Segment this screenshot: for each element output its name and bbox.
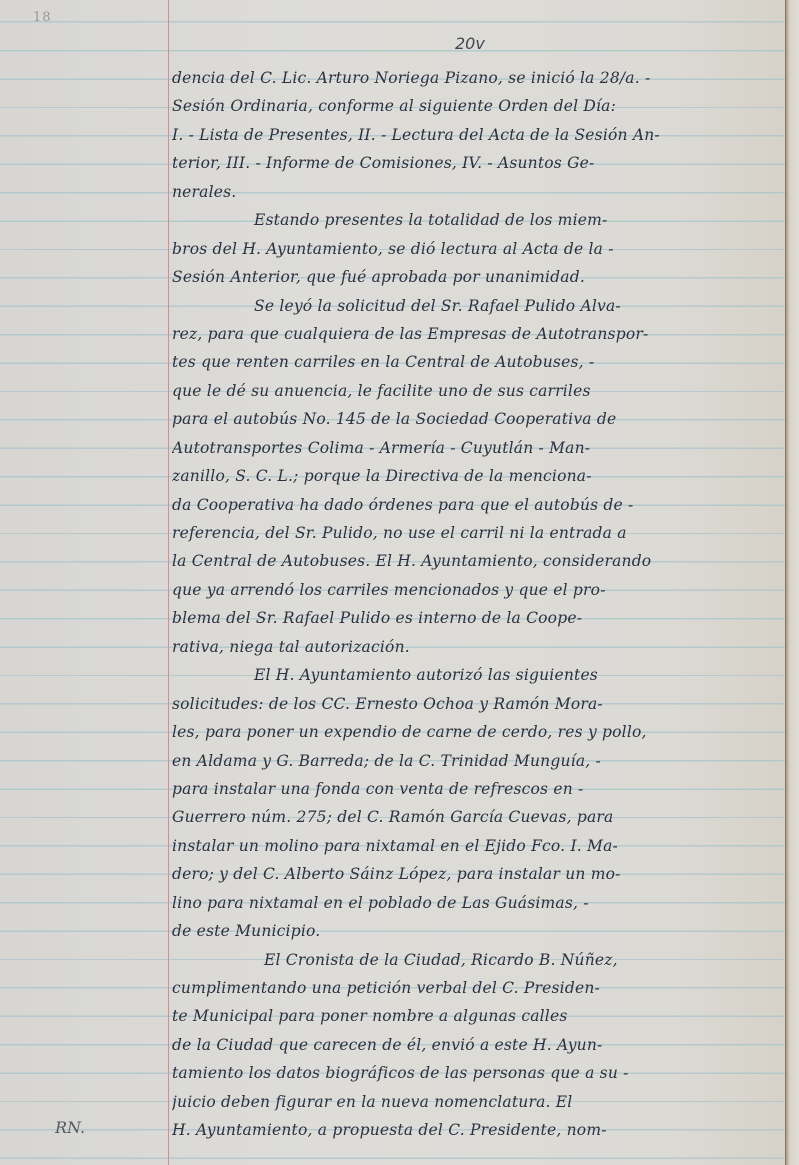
text-line: cumplimentando una petición verbal del C… xyxy=(172,974,784,1002)
text-line: Autotransportes Colima - Armería - Cuyut… xyxy=(172,434,784,462)
paragraph-start-line: Se leyó la solicitud del Sr. Rafael Puli… xyxy=(172,292,784,320)
text-line: blema del Sr. Rafael Pulido es interno d… xyxy=(172,604,784,632)
text-line: instalar un molino para nixtamal en el E… xyxy=(172,832,784,860)
text-line: en Aldama y G. Barreda; de la C. Trinida… xyxy=(172,747,784,775)
text-line: para instalar una fonda con venta de ref… xyxy=(172,775,784,803)
text-line: para el autobús No. 145 de la Sociedad C… xyxy=(172,405,784,433)
margin-initials: RN. xyxy=(55,1118,85,1137)
paragraph-start-line: Estando presentes la totalidad de los mi… xyxy=(172,206,784,234)
corner-folio-number: 18 xyxy=(33,10,52,25)
text-line: les, para poner un expendio de carne de … xyxy=(172,718,784,746)
text-line: dencia del C. Lic. Arturo Noriega Pizano… xyxy=(172,64,784,92)
text-line: Sesión Ordinaria, conforme al siguiente … xyxy=(172,92,784,120)
text-line: que ya arrendó los carriles mencionados … xyxy=(172,576,784,604)
text-line: I. - Lista de Presentes, II. - Lectura d… xyxy=(172,121,784,149)
text-line: tes que renten carriles en la Central de… xyxy=(172,348,784,376)
page-number: 20v xyxy=(455,34,485,53)
handwritten-text-body: dencia del C. Lic. Arturo Noriega Pizano… xyxy=(172,64,784,1145)
page-binding-edge xyxy=(785,0,799,1165)
text-line: terior, III. - Informe de Comisiones, IV… xyxy=(172,149,784,177)
paragraph-start-line: El H. Ayuntamiento autorizó las siguient… xyxy=(172,661,784,689)
text-line: Guerrero núm. 275; del C. Ramón García C… xyxy=(172,803,784,831)
text-line: lino para nixtamal en el poblado de Las … xyxy=(172,889,784,917)
paragraph-start-line: El Cronista de la Ciudad, Ricardo B. Núñ… xyxy=(172,946,784,974)
text-line: referencia, del Sr. Pulido, no use el ca… xyxy=(172,519,784,547)
text-line: te Municipal para poner nombre a algunas… xyxy=(172,1002,784,1030)
text-line: dero; y del C. Alberto Sáinz López, para… xyxy=(172,860,784,888)
text-line: zanillo, S. C. L.; porque la Directiva d… xyxy=(172,462,784,490)
text-line: bros del H. Ayuntamiento, se dió lectura… xyxy=(172,235,784,263)
text-line: solicitudes: de los CC. Ernesto Ochoa y … xyxy=(172,690,784,718)
text-line: de la Ciudad que carecen de él, envió a … xyxy=(172,1031,784,1059)
text-line: H. Ayuntamiento, a propuesta del C. Pres… xyxy=(172,1116,784,1144)
text-line: que le dé su anuencia, le facilite uno d… xyxy=(172,377,784,405)
text-line: rativa, niega tal autorización. xyxy=(172,633,784,661)
text-line: da Cooperativa ha dado órdenes para que … xyxy=(172,491,784,519)
text-line: nerales. xyxy=(172,178,784,206)
text-line: Sesión Anterior, que fué aprobada por un… xyxy=(172,263,784,291)
text-line: la Central de Autobuses. El H. Ayuntamie… xyxy=(172,547,784,575)
red-margin-line xyxy=(168,0,169,1165)
text-line: rez, para que cualquiera de las Empresas… xyxy=(172,320,784,348)
text-line: tamiento los datos biográficos de las pe… xyxy=(172,1059,784,1087)
text-line: juicio deben figurar en la nueva nomencl… xyxy=(172,1088,784,1116)
ledger-page: 18 20v RN. dencia del C. Lic. Arturo Nor… xyxy=(0,0,785,1165)
text-line: de este Municipio. xyxy=(172,917,784,945)
